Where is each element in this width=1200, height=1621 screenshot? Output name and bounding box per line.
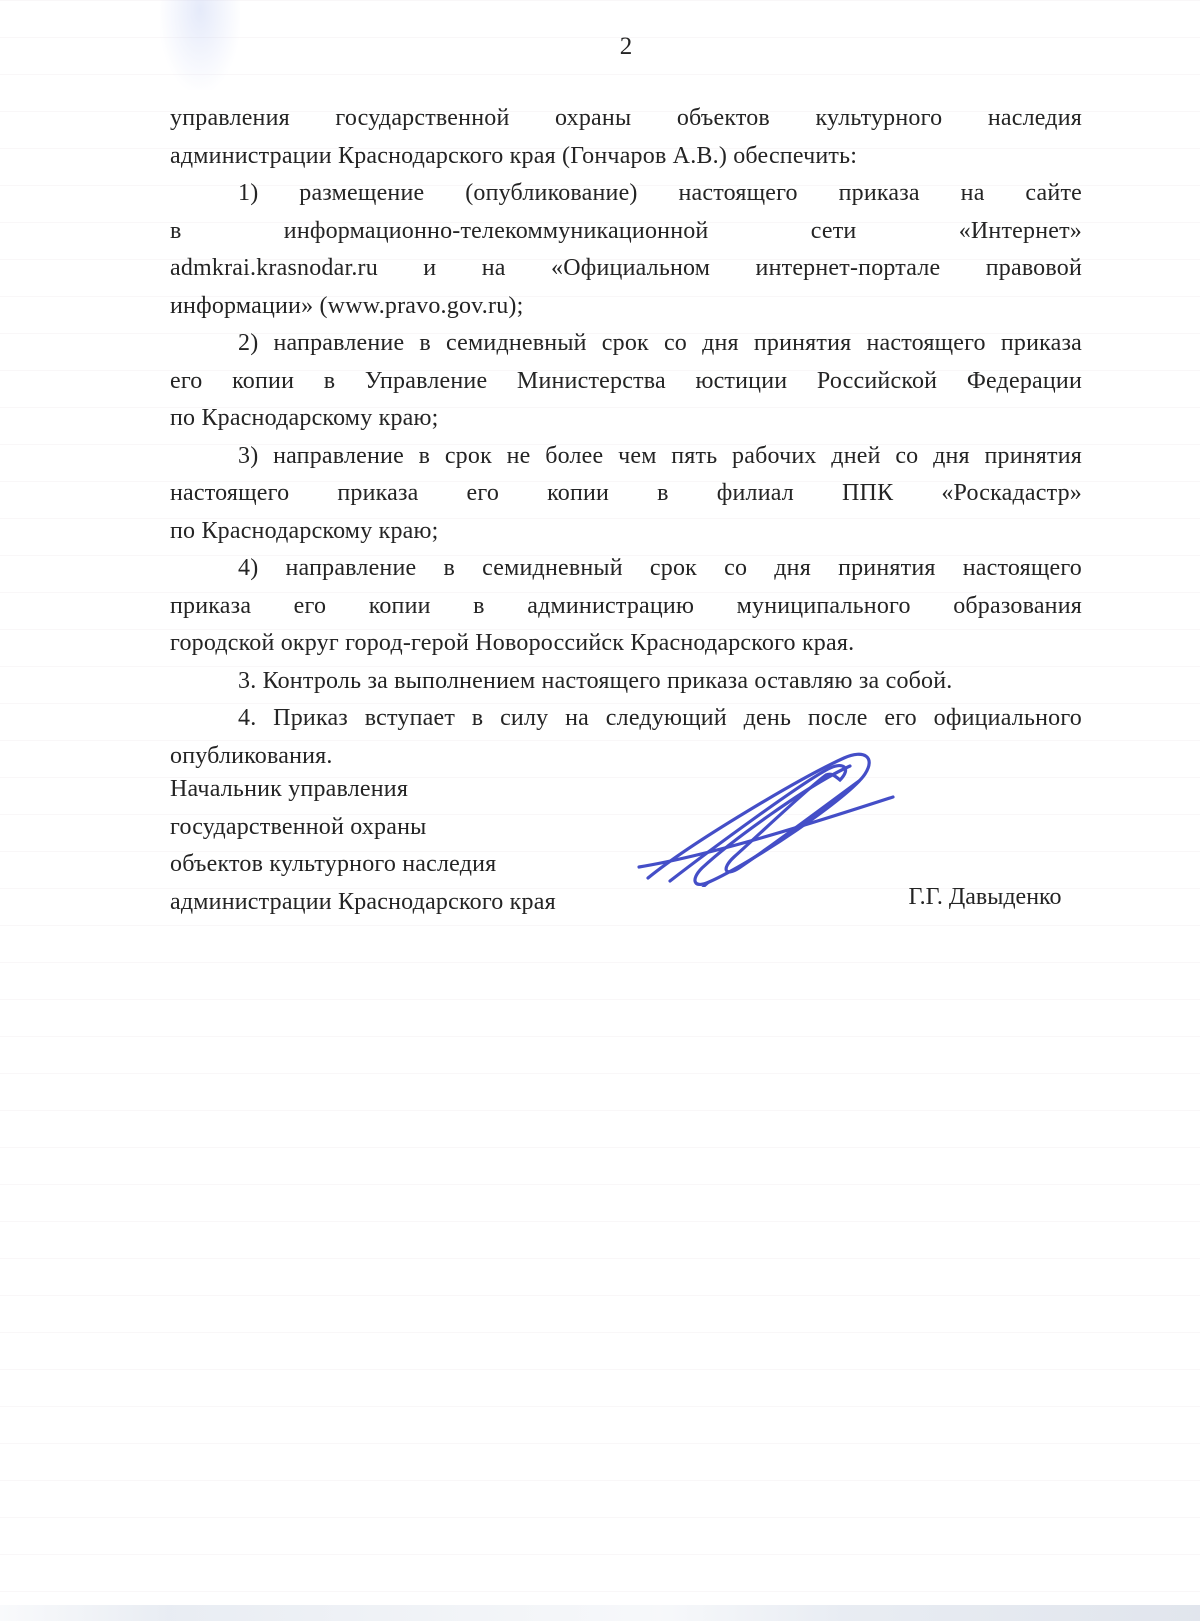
body-line: его копии в Управление Министерства юсти… (170, 363, 1082, 401)
body-line: по Краснодарскому краю; (170, 513, 1082, 551)
document-body: управления государственной охраны объект… (170, 100, 1082, 775)
body-line: по Краснодарскому краю; (170, 400, 1082, 438)
paragraph: управления государственной охраны объект… (170, 100, 1082, 175)
signatory-position-line: государственной охраны (170, 809, 630, 847)
body-line: 3. Контроль за выполнением настоящего пр… (170, 663, 1082, 701)
signatory-position-line: Начальник управления (170, 771, 630, 809)
body-line: приказа его копии в администрацию муници… (170, 588, 1082, 626)
signatory-position: Начальник управления государственной охр… (170, 771, 630, 921)
body-line: настоящего приказа его копии в филиал ПП… (170, 475, 1082, 513)
paragraph: 3. Контроль за выполнением настоящего пр… (170, 663, 1082, 701)
body-line: 4. Приказ вступает в силу на следующий д… (170, 700, 1082, 738)
paragraph: 3) направление в срок не более чем пять … (170, 438, 1082, 551)
body-line: 4) направление в семидневный срок со дня… (170, 550, 1082, 588)
body-line: 1) размещение (опубликование) настоящего… (170, 175, 1082, 213)
body-line: admkrai.krasnodar.ru и на «Официальном и… (170, 250, 1082, 288)
body-line: управления государственной охраны объект… (170, 100, 1082, 138)
document-page: 2 управления государственной охраны объе… (0, 0, 1200, 1621)
body-line: 2) направление в семидневный срок со дня… (170, 325, 1082, 363)
body-line: городской округ город-герой Новороссийск… (170, 625, 1082, 663)
signatory-position-line: администрации Краснодарского края (170, 884, 630, 922)
handwritten-signature-icon (612, 742, 902, 887)
body-line: администрации Краснодарского края (Гонча… (170, 138, 1082, 176)
body-line: 3) направление в срок не более чем пять … (170, 438, 1082, 476)
paragraph: 2) направление в семидневный срок со дня… (170, 325, 1082, 438)
paragraph: 4) направление в семидневный срок со дня… (170, 550, 1082, 663)
body-line: в информационно-телекоммуникационной сет… (170, 213, 1082, 251)
paragraph: 1) размещение (опубликование) настоящего… (170, 175, 1082, 325)
page-number: 2 (170, 33, 1082, 61)
scan-band-artifact (0, 1605, 1200, 1621)
body-line: информации» (www.pravo.gov.ru); (170, 288, 1082, 326)
signer-name: Г.Г. Давыденко (880, 884, 1090, 911)
signatory-position-line: объектов культурного наследия (170, 846, 630, 884)
